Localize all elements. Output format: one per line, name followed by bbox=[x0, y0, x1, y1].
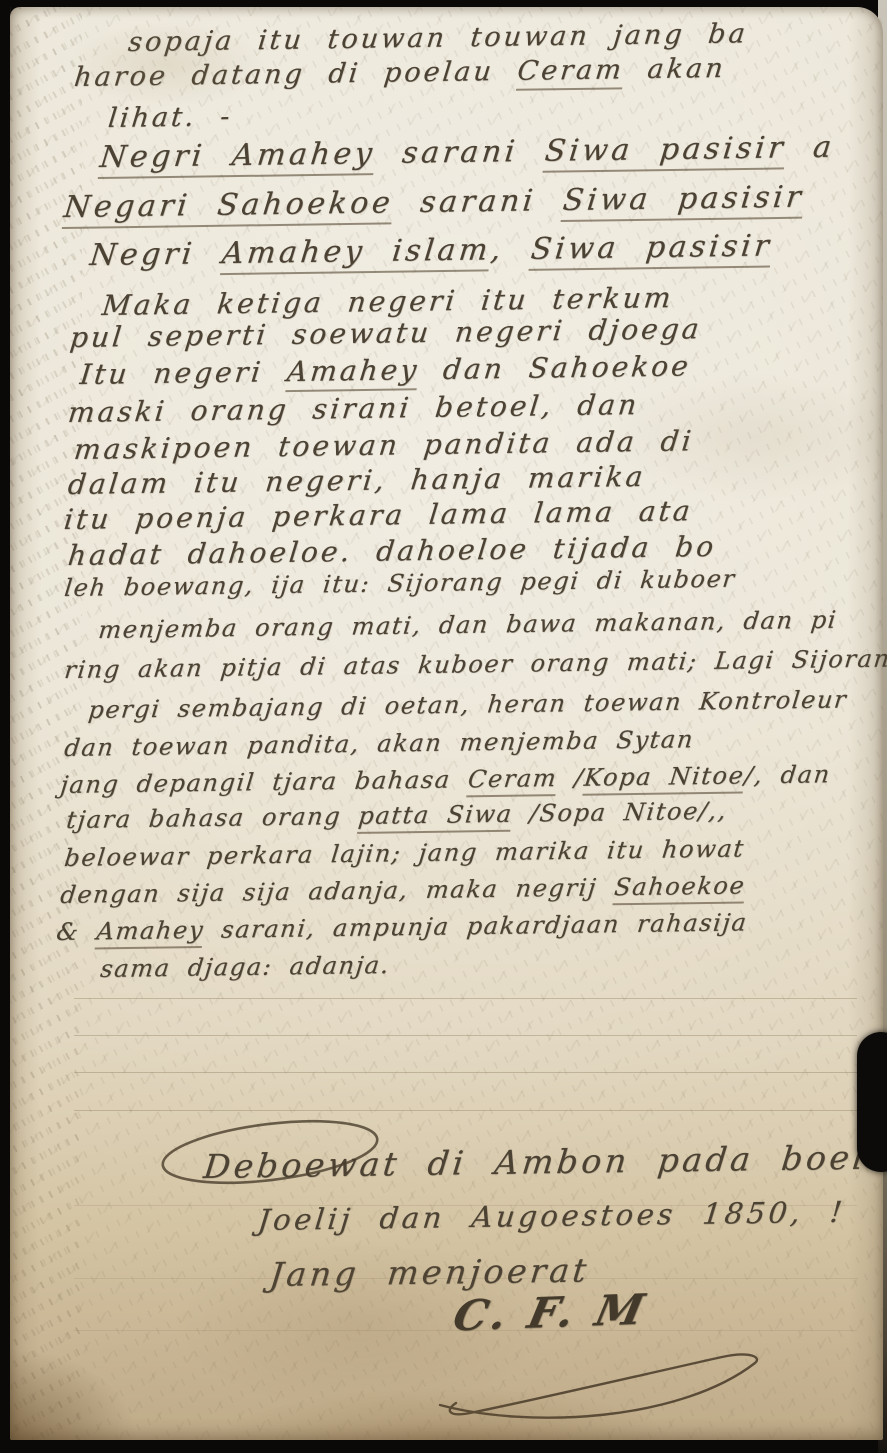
manuscript-line: ring akan pitja di atas kuboer orang mat… bbox=[63, 644, 887, 684]
word-run: itu poenja perkara lama lama ata bbox=[62, 494, 694, 536]
word-run: & bbox=[55, 917, 98, 946]
word-run: sopaja itu touwan touwan jang ba bbox=[127, 18, 750, 58]
word-run: /, dan bbox=[743, 760, 832, 789]
word-run: dan Sahoekoe bbox=[417, 349, 692, 386]
manuscript-line: Negri Amahey sarani Siwa pasisir a bbox=[98, 130, 836, 175]
ruled-line bbox=[74, 1035, 857, 1036]
word-run: sarani bbox=[391, 183, 565, 220]
word-run: Negri bbox=[88, 236, 224, 273]
underlined-word: Siwa pasisir bbox=[529, 228, 774, 270]
underlined-word: Ceram bbox=[515, 54, 625, 90]
word-run: lihat. - bbox=[107, 101, 234, 134]
manuscript-line: beloewar perkara lajin; jang marika itu … bbox=[63, 835, 746, 872]
word-run: Deboewat di Ambon pada boelan bbox=[202, 1137, 887, 1186]
word-run: dalam itu negeri, hanja marika bbox=[66, 460, 647, 501]
word-run: akan bbox=[622, 53, 727, 85]
manuscript-line: Deboewat di Ambon pada boelan bbox=[202, 1137, 887, 1186]
word-run: haroe datang di poelau bbox=[73, 56, 520, 93]
underlined-word: Siwa pasisir bbox=[543, 130, 788, 172]
underlined-word: Amahey bbox=[285, 353, 421, 392]
manuscript-line: dalam itu negeri, hanja marika bbox=[66, 460, 647, 501]
manuscript-line: itu poenja perkara lama lama ata bbox=[62, 494, 694, 536]
manuscript-line: sama djaga: adanja. bbox=[99, 951, 392, 983]
manuscript-line: sopaja itu touwan touwan jang ba bbox=[127, 18, 750, 58]
underlined-word: Kopa Nitoe bbox=[582, 761, 746, 795]
manuscript-line: pergi sembajang di oetan, heran toewan K… bbox=[87, 685, 849, 724]
ruled-line bbox=[74, 1072, 857, 1073]
manuscript-line: Negri Amahey islam, Siwa pasisir bbox=[88, 228, 774, 273]
word-run: menjemba orang mati, dan bawa makanan, d… bbox=[97, 606, 839, 644]
scanned-manuscript-page: sopaja itu touwan touwan jang baharoe da… bbox=[0, 0, 887, 1453]
word-run: sarani bbox=[373, 134, 547, 171]
word-run: dengan sija sija adanja, maka negrij bbox=[59, 873, 616, 909]
word-run: , bbox=[489, 232, 533, 268]
manuscript-line: haroe datang di poelau Ceram akan bbox=[73, 53, 728, 93]
word-run: jang depangil tjara bahasa bbox=[59, 765, 470, 799]
word-run: tjara bahasa orang bbox=[65, 802, 360, 834]
underlined-word: Negari Sahoekoe bbox=[62, 185, 395, 229]
manuscript-line: & Amahey sarani, ampunja pakardjaan raha… bbox=[55, 908, 749, 946]
underlined-word: patta Siwa bbox=[357, 800, 515, 834]
word-run: ring akan pitja di atas kuboer orang mat… bbox=[63, 644, 887, 684]
word-run: dan toewan pandita, akan menjemba Sytan bbox=[63, 725, 696, 762]
word-run: Itu negeri bbox=[78, 355, 289, 391]
manuscript-paper: sopaja itu touwan touwan jang baharoe da… bbox=[10, 7, 883, 1440]
ruled-line bbox=[74, 998, 857, 999]
underlined-word: Negri Amahey bbox=[98, 136, 377, 179]
word-run: pergi sembajang di oetan, heran toewan K… bbox=[87, 685, 849, 724]
signature-flourish bbox=[410, 1325, 790, 1435]
word-run: / bbox=[556, 764, 586, 792]
underlined-word: Amahey bbox=[95, 916, 206, 949]
ruled-line bbox=[74, 1110, 857, 1111]
right-edge-dark-notch bbox=[857, 1032, 887, 1172]
manuscript-line: lihat. - bbox=[107, 101, 234, 134]
underlined-word: Amahey islam bbox=[220, 232, 493, 275]
word-run: maski orang sirani betoel, dan bbox=[66, 388, 641, 429]
word-run: /Sopa Nitoe/,, bbox=[511, 797, 729, 828]
word-run: a bbox=[784, 130, 836, 166]
manuscript-line: jang depangil tjara bahasa Ceram /Kopa N… bbox=[59, 760, 832, 799]
manuscript-line: tjara bahasa orang patta Siwa /Sopa Nito… bbox=[65, 797, 729, 834]
manuscript-line: Itu negeri Amahey dan Sahoekoe bbox=[78, 349, 692, 391]
underlined-word: Ceram bbox=[466, 764, 559, 797]
manuscript-line: maski orang sirani betoel, dan bbox=[66, 388, 641, 429]
manuscript-line: Joelij dan Augoestoes 1850, ! bbox=[256, 1195, 847, 1237]
manuscript-line: dengan sija sija adanja, maka negrij Sah… bbox=[59, 871, 747, 909]
word-run: Joelij dan Augoestoes 1850, ! bbox=[256, 1195, 847, 1237]
underlined-word: Sahoekoe bbox=[612, 871, 747, 905]
manuscript-line: menjemba orang mati, dan bawa makanan, d… bbox=[97, 606, 839, 644]
signature-text: C. F. M bbox=[449, 1285, 652, 1341]
manuscript-line: dan toewan pandita, akan menjemba Sytan bbox=[63, 725, 696, 762]
underlined-word: Siwa pasisir bbox=[561, 180, 806, 222]
word-run: sama djaga: adanja. bbox=[99, 951, 392, 983]
manuscript-line: Negari Sahoekoe sarani Siwa pasisir bbox=[62, 180, 806, 225]
word-run: beloewar perkara lajin; jang marika itu … bbox=[63, 835, 746, 872]
word-run: sarani, ampunja pakardjaan rahasija bbox=[203, 908, 749, 944]
